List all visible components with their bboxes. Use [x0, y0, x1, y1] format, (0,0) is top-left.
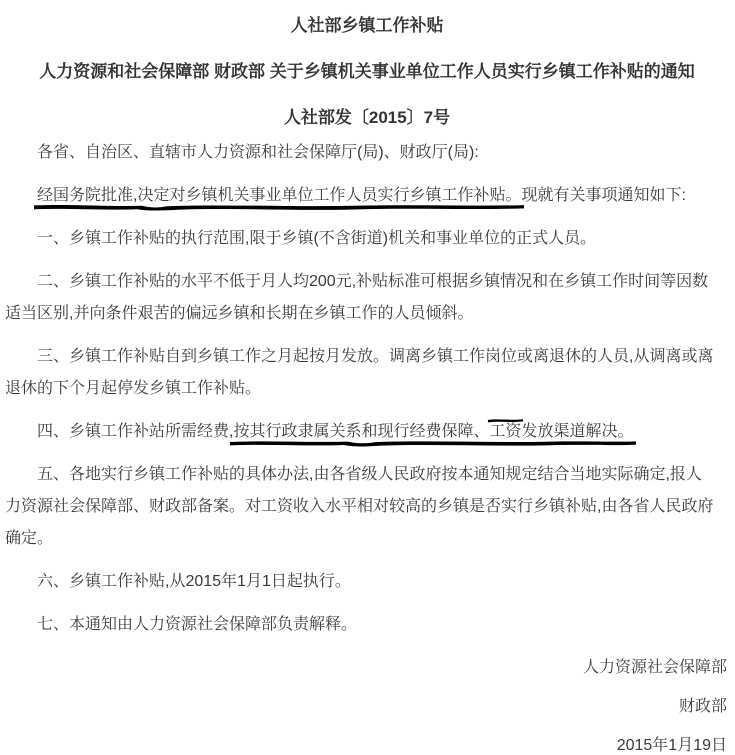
salutation-paragraph: 各省、自治区、直辖市人力资源和社会保障厅(局)、财政厅(局): [5, 137, 729, 169]
intro-underlined-text: 经国务院批准,决定对乡镇机关事业单位工作人员实行乡镇工作补贴。 [37, 187, 521, 204]
salutation-text: 各省、自治区、直辖市人力资源和社会保障厅(局)、财政厅(局): [5, 137, 729, 169]
item4-underlined-passage: 按其行政隶属关系和现行经费保障、工资发放渠道解决。 [233, 423, 633, 440]
signature-org-2: 财政部 [5, 691, 727, 723]
text-line: 确定。 [5, 523, 729, 555]
paragraph-item-6: 六、乡镇工作补贴,从2015年1月1日起执行。 [5, 566, 729, 598]
text-line: 适当区别,并向条件艰苦的偏远乡镇和长期在乡镇工作的人员倾斜。 [5, 298, 729, 330]
item4-overlined-text: 工资 [489, 423, 521, 440]
signature-org-1: 人力资源社会保障部 [5, 652, 727, 684]
text-line: 退休的下个月起停发乡镇工作补贴。 [5, 373, 729, 405]
intro-line: 经国务院批准,决定对乡镇机关事业单位工作人员实行乡镇工作补贴。现就有关事项通知如… [5, 180, 729, 212]
signature-block: 人力资源社会保障部 财政部 2015年1月19日 [5, 652, 729, 755]
intro-rest-text: 现就有关事项通知如下: [521, 187, 685, 204]
item4-lead-text: 四、乡镇工作补站所需经费, [37, 423, 233, 440]
text-line: 四、乡镇工作补站所需经费,按其行政隶属关系和现行经费保障、工资发放渠道解决。 [5, 416, 729, 448]
notice-document: 人社部乡镇工作补贴 人力资源和社会保障部 财政部 关于乡镇机关事业单位工作人员实… [0, 0, 735, 755]
paragraph-item-5: 五、各地实行乡镇工作补贴的具体办法,由各省级人民政府按本通知规定结合当地实际确定… [5, 459, 729, 555]
item4-overlined-word: 工资 [489, 423, 521, 440]
item4-underlined-text-1: 按其行政隶属关系和现行经费保障、 [233, 423, 489, 440]
paragraph-item-1: 一、乡镇工作补贴的执行范围,限于乡镇(不含街道)机关和事业单位的正式人员。 [5, 223, 729, 255]
text-line: 五、各地实行乡镇工作补贴的具体办法,由各省级人民政府按本通知规定结合当地实际确定… [5, 459, 729, 491]
paragraph-item-3: 三、乡镇工作补贴自到乡镇工作之月起按月发放。调离乡镇工作岗位或离退休的人员,从调… [5, 341, 729, 405]
item4-underlined-text-2: 发放渠道解决。 [521, 423, 633, 440]
text-line: 一、乡镇工作补贴的执行范围,限于乡镇(不含街道)机关和事业单位的正式人员。 [5, 223, 729, 255]
text-line: 二、乡镇工作补贴的水平不低于月人均200元,补贴标准可根据乡镇情况和在乡镇工作时… [5, 266, 729, 298]
intro-paragraph: 经国务院批准,决定对乡镇机关事业单位工作人员实行乡镇工作补贴。现就有关事项通知如… [5, 180, 729, 212]
doc-number: 人社部发〔2015〕7号 [5, 108, 729, 127]
paragraph-item-7: 七、本通知由人力资源社会保障部负责解释。 [5, 609, 729, 641]
signature-date: 2015年1月19日 [5, 730, 727, 755]
intro-underlined-passage: 经国务院批准,决定对乡镇机关事业单位工作人员实行乡镇工作补贴。 [37, 187, 521, 204]
text-line: 六、乡镇工作补贴,从2015年1月1日起执行。 [5, 566, 729, 598]
text-line: 七、本通知由人力资源社会保障部负责解释。 [5, 609, 729, 641]
paragraph-item-4: 四、乡镇工作补站所需经费,按其行政隶属关系和现行经费保障、工资发放渠道解决。 [5, 416, 729, 448]
text-line: 三、乡镇工作补贴自到乡镇工作之月起按月发放。调离乡镇工作岗位或离退休的人员,从调… [5, 341, 729, 373]
notice-subtitle: 人力资源和社会保障部 财政部 关于乡镇机关事业单位工作人员实行乡镇工作补贴的通知 [5, 62, 729, 81]
paragraph-item-2: 二、乡镇工作补贴的水平不低于月人均200元,补贴标准可根据乡镇情况和在乡镇工作时… [5, 266, 729, 330]
page-title: 人社部乡镇工作补贴 [5, 16, 729, 35]
text-line: 力资源社会保障部、财政部备案。对工资收入水平相对较高的乡镇是否实行乡镇补贴,由各… [5, 491, 729, 523]
